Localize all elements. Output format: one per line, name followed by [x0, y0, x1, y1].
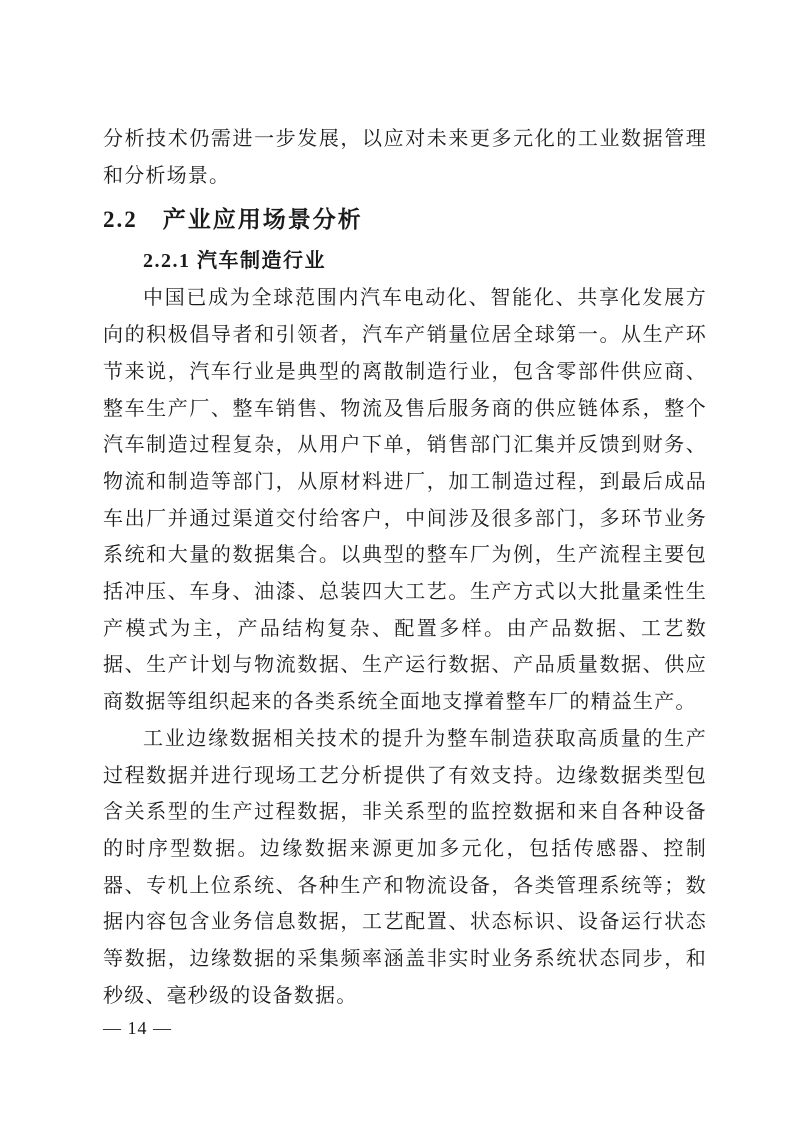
page-number: — 14 —	[103, 1018, 172, 1038]
paragraph-edge-data: 工业边缘数据相关技术的提升为整车制造获取高质量的生产过程数据并进行现场工艺分析提…	[103, 721, 707, 1015]
document-page: 分析技术仍需进一步发展，以应对未来更多元化的工业数据管理和分析场景。 2.2 产…	[0, 0, 793, 1122]
intro-paragraph: 分析技术仍需进一步发展，以应对未来更多元化的工业数据管理和分析场景。	[103, 121, 707, 194]
paragraph-automotive-industry: 中国已成为全球范围内汽车电动化、智能化、共享化发展方向的积极倡导者和引领者，汽车…	[103, 280, 707, 720]
section-heading: 2.2 产业应用场景分析	[103, 200, 707, 240]
page-content: 分析技术仍需进一步发展，以应对未来更多元化的工业数据管理和分析场景。 2.2 产…	[103, 121, 707, 1014]
subsection-heading: 2.2.1 汽车制造行业	[103, 242, 707, 280]
page-footer: — 14 —	[103, 1018, 172, 1039]
